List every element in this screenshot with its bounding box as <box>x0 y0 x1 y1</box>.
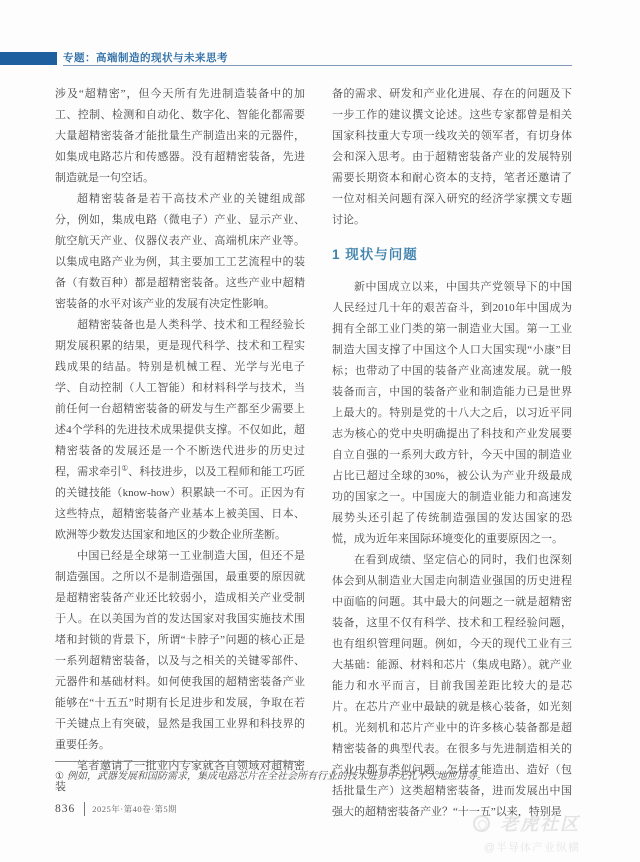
topic-label: 专题：高端制造的现状与未来思考 <box>63 50 228 65</box>
watermark-name: 老虎社区 <box>500 810 580 836</box>
footnote-marker: ① <box>55 771 64 782</box>
section-heading: 1 现状与问题 <box>332 244 572 265</box>
tiger-logo-icon <box>473 815 490 832</box>
journal-page: 专题：高端制造的现状与未来思考 涉及“超精密”，但今天所有先进制造装备中的加工、… <box>0 0 640 862</box>
footer-divider-bar <box>84 802 85 816</box>
paragraph-text: 超精密装备也是人类科学、技术和工程经验长期发展积累的结果，更是现代科学、技术和工… <box>55 319 305 478</box>
watermark-row: 老虎社区 <box>473 810 580 836</box>
paragraph: 中国已经是全球第一工业制造大国，但还不是制造强国。之所以不是制造强国，最重要的原… <box>55 546 305 756</box>
header-accent-block <box>0 52 57 65</box>
paragraph: 超精密装备也是人类科学、技术和工程经验长期发展积累的结果，更是现代科学、技术和工… <box>55 315 305 546</box>
page-number: 836 <box>55 803 75 815</box>
paragraph: 涉及“超精密”，但今天所有先进制造装备中的加工、控制、检测和自动化、数字化、智能… <box>55 84 305 189</box>
footnote: ①例如，武器发展和国防需求，集成电路芯片在全社会所有行业的技术进步中无孔不入地应… <box>55 769 572 784</box>
right-column: 备的需求、研发和产业化进展、存在的问题及下一步工作的建议撰文论述。这些专家都曾是… <box>332 84 572 823</box>
header-rule <box>63 65 572 66</box>
issue-info: 2025年·第40卷·第5期 <box>92 803 177 815</box>
page-footer: 836 2025年·第40卷·第5期 <box>55 802 177 816</box>
watermark: 老虎社区 @半导体产业纵横 <box>473 810 580 855</box>
footnote-text: 例如，武器发展和国防需求，集成电路芯片在全社会所有行业的技术进步中无孔不入地应用… <box>67 771 487 782</box>
left-column: 涉及“超精密”，但今天所有先进制造装备中的加工、控制、检测和自动化、数字化、智能… <box>55 84 305 798</box>
footnote-divider <box>55 761 303 762</box>
paragraph: 新中国成立以来，中国共产党领导下的中国人民经过几十年的艰苦奋斗，到2010年中国… <box>332 277 572 550</box>
paragraph: 超精密装备是若干高技术产业的关键组成部分，例如，集成电路（微电子）产业、显示产业… <box>55 189 305 315</box>
paragraph: 备的需求、研发和产业化进展、存在的问题及下一步工作的建议撰文论述。这些专家都曾是… <box>332 84 572 231</box>
watermark-handle: @半导体产业纵横 <box>473 839 580 855</box>
